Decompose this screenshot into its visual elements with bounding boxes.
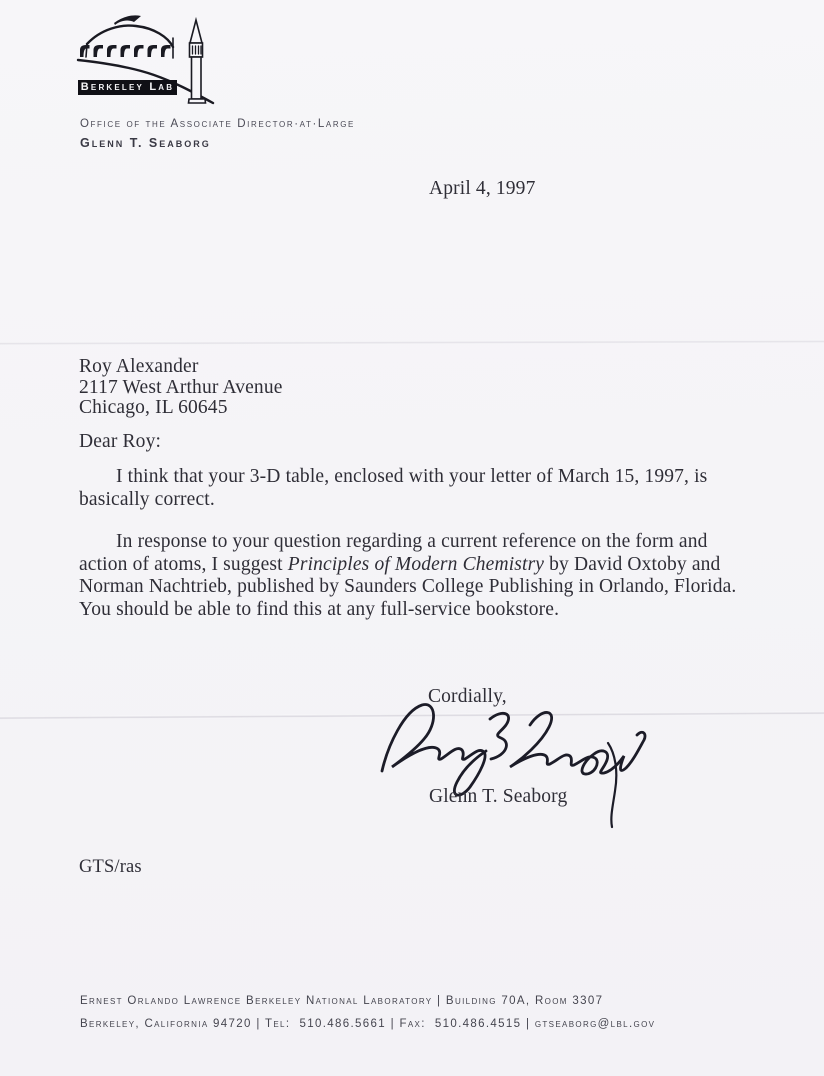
date-line: April 4, 1997 xyxy=(429,178,536,200)
reference-initials: GTS/ras xyxy=(79,856,142,878)
fold-crease-bottom xyxy=(0,711,824,719)
book-title: Principles of Modern Chemistry xyxy=(288,554,544,575)
paragraph-2-line-2: action of atoms, I suggest Principles of… xyxy=(79,554,736,577)
recipient-name: Roy Alexander xyxy=(79,356,198,378)
logo-flag-icon xyxy=(114,15,141,25)
logo-window-marks-icon xyxy=(80,45,171,57)
salutation: Dear Roy: xyxy=(79,431,161,453)
footer-line-2: Berkeley, California 94720 | Tel: 510.48… xyxy=(80,1013,655,1036)
office-line: Office of the Associate Director·at·Larg… xyxy=(80,118,355,130)
paragraph-2: In response to your question regarding a… xyxy=(79,531,736,621)
recipient-street: 2117 West Arthur Avenue xyxy=(79,377,283,399)
paragraph-1-line-1: I think that your 3-D table, enclosed wi… xyxy=(79,466,707,489)
recipient-city: Chicago, IL 60645 xyxy=(79,397,228,419)
paragraph-2-line-3: Norman Nachtrieb, published by Saunders … xyxy=(79,576,736,599)
scanned-letter-page: Berkeley Lab Office of the Associate Dir… xyxy=(0,0,824,1076)
paragraph-2-line-1: In response to your question regarding a… xyxy=(79,531,736,554)
fold-crease-top xyxy=(0,340,824,345)
signature-graphic xyxy=(372,697,652,835)
badge-label: Berkeley Lab xyxy=(81,82,174,93)
paragraph-1: I think that your 3-D table, enclosed wi… xyxy=(79,466,707,511)
footer-line-1: Ernest Orlando Lawrence Berkeley Nationa… xyxy=(80,990,655,1013)
paragraph-1-line-2: basically correct. xyxy=(79,489,707,512)
paragraph-2-line-2-post: by David Oxtoby and xyxy=(544,554,720,575)
paragraph-2-line-2-pre: action of atoms, I suggest xyxy=(79,554,288,575)
officer-name: Glenn T. Seaborg xyxy=(80,136,211,150)
letter-footer: Ernest Orlando Lawrence Berkeley Nationa… xyxy=(80,990,655,1036)
paragraph-2-line-4: You should be able to find this at any f… xyxy=(79,599,736,622)
logo-dome-icon xyxy=(87,26,173,47)
logo-campanile-icon xyxy=(189,20,206,103)
berkeley-lab-badge: Berkeley Lab xyxy=(78,80,177,95)
valediction: Cordially, xyxy=(428,686,507,708)
typed-signature-name: Glenn T. Seaborg xyxy=(429,786,567,808)
